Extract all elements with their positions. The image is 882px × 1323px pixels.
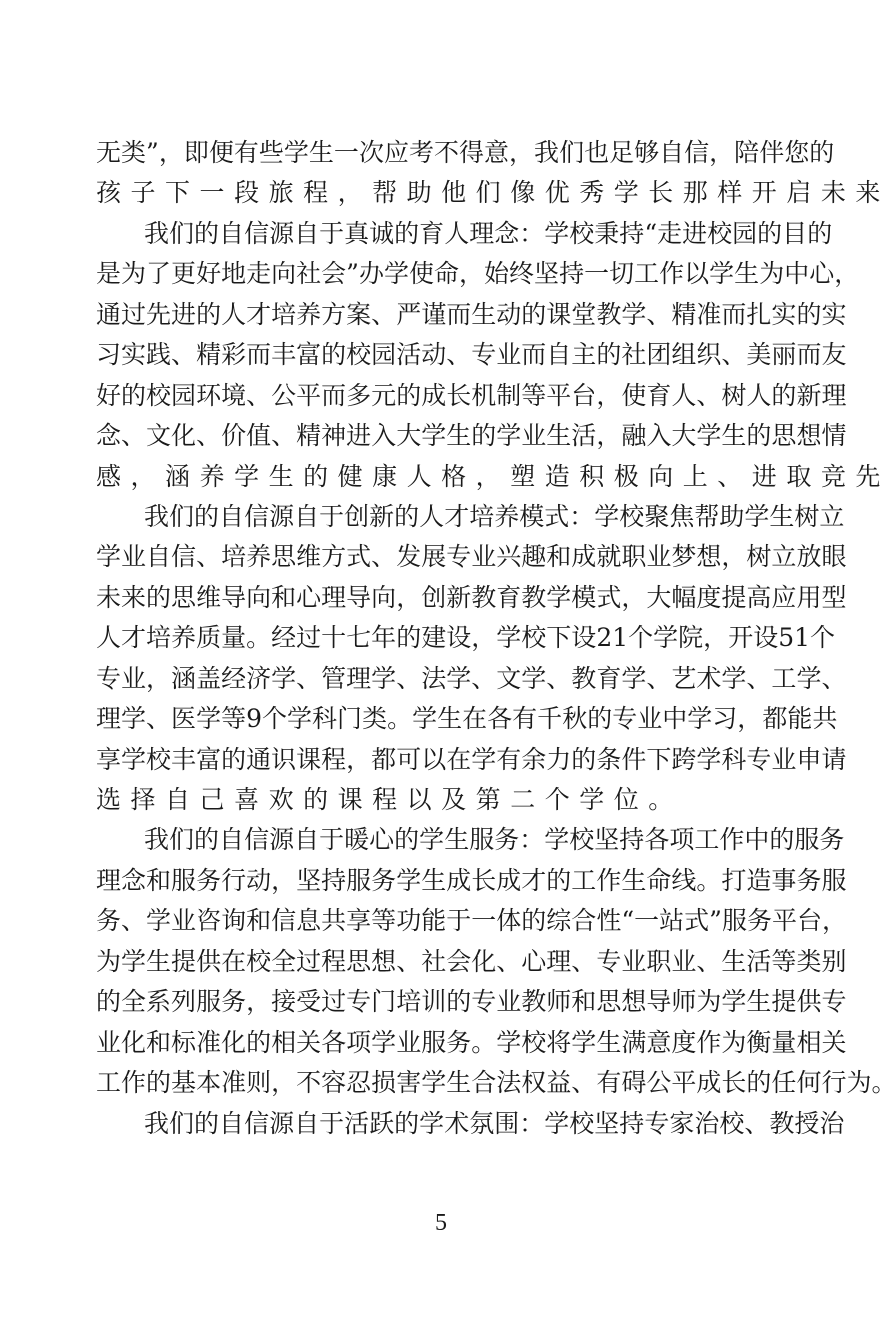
text-line: 人才培养质量。经过十七年的建设，学校下设21个学院，开设51个: [96, 618, 788, 658]
text-line: 孩子下一段旅程，帮助他们像优秀学长那样开启未来精彩的人生。: [96, 173, 788, 213]
text-line: 理念和服务行动，坚持服务学生成长成才的工作生命线。打造事务服: [96, 861, 788, 901]
page-number: 5: [0, 1210, 882, 1237]
text-line: 业化和标准化的相关各项学业服务。学校将学生满意度作为衡量相关: [96, 1023, 788, 1063]
text-line: 未来的思维导向和心理导向，创新教育教学模式，大幅度提高应用型: [96, 578, 788, 618]
text-line: 我们的自信源自于真诚的育人理念：学校秉持“走进校园的目的: [96, 214, 788, 254]
text-line: 我们的自信源自于创新的人才培养模式：学校聚焦帮助学生树立: [96, 497, 788, 537]
text-line: 念、文化、价值、精神进入大学生的学业生活，融入大学生的思想情: [96, 416, 788, 456]
text-line: 我们的自信源自于活跃的学术氛围：学校坚持专家治校、教授治: [96, 1104, 788, 1144]
text-line: 工作的基本准则，不容忍损害学生合法权益、有碍公平成长的任何行为。: [96, 1063, 788, 1103]
text-line: 是为了更好地走向社会”办学使命，始终坚持一切工作以学生为中心，: [96, 254, 788, 294]
text-line: 学业自信、培养思维方式、发展专业兴趣和成就职业梦想，树立放眼: [96, 537, 788, 577]
text-line: 选择自己喜欢的课程以及第二个学位。: [96, 780, 788, 820]
text-line: 的全系列服务，接受过专门培训的专业教师和思想导师为学生提供专: [96, 982, 788, 1022]
text-line: 理学、医学等9个学科门类。学生在各有千秋的专业中学习，都能共: [96, 699, 788, 739]
text-line: 习实践、精彩而丰富的校园活动、专业而自主的社团组织、美丽而友: [96, 335, 788, 375]
text-line: 好的校园环境、公平而多元的成长机制等平台，使育人、树人的新理: [96, 376, 788, 416]
text-line: 无类”，即便有些学生一次应考不得意，我们也足够自信，陪伴您的: [96, 133, 788, 173]
text-line: 感，涵养学生的健康人格，塑造积极向上、进取竞先的校园氛围。: [96, 457, 788, 497]
text-line: 为学生提供在校全过程思想、社会化、心理、专业职业、生活等类别: [96, 942, 788, 982]
text-line: 务、学业咨询和信息共享等功能于一体的综合性“一站式”服务平台，: [96, 901, 788, 941]
text-line: 享学校丰富的通识课程，都可以在学有余力的条件下跨学科专业申请: [96, 740, 788, 780]
page-body: 无类”，即便有些学生一次应考不得意，我们也足够自信，陪伴您的孩子下一段旅程，帮助…: [96, 133, 788, 1144]
text-line: 专业，涵盖经济学、管理学、法学、文学、教育学、艺术学、工学、: [96, 659, 788, 699]
text-line: 通过先进的人才培养方案、严谨而生动的课堂教学、精准而扎实的实: [96, 295, 788, 335]
text-line: 我们的自信源自于暖心的学生服务：学校坚持各项工作中的服务: [96, 820, 788, 860]
